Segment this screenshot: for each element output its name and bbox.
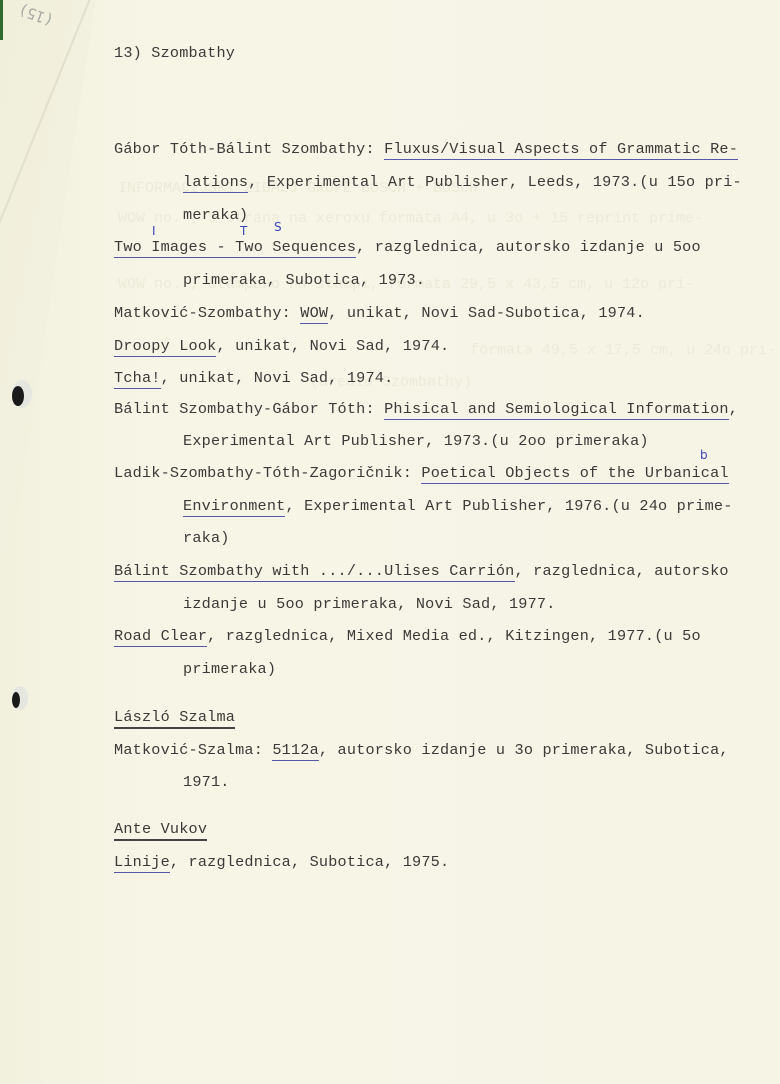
document-page: (15) INFORMACIJSKI ZIDALJ GRUPE BOSCH + … xyxy=(0,0,780,1084)
authors: Matković-Szombathy: xyxy=(114,304,300,322)
work-title: Environment xyxy=(183,497,285,517)
paper-fold xyxy=(0,0,110,620)
publication-info: , Experimental Art Publisher, 1976.(u 24… xyxy=(285,497,732,515)
bibliography-line: Two Images - Two Sequences, razglednica,… xyxy=(114,238,701,256)
publication-info: , unikat, Novi Sad, 1974. xyxy=(216,337,449,355)
bibliography-line: Matković-Szalma: 5112a, autorsko izdanje… xyxy=(114,741,729,759)
publication-info: , razglednica, autorsko xyxy=(515,562,729,580)
author-heading: László Szalma xyxy=(114,708,235,726)
bibliography-line: Ladik-Szombathy-Tóth-Zagoričnik: Poetica… xyxy=(114,464,729,482)
bibliography-line: Droopy Look, unikat, Novi Sad, 1974. xyxy=(114,337,449,355)
bibliography-line: Matković-Szombathy: WOW, unikat, Novi Sa… xyxy=(114,304,645,322)
handwritten-correction: I xyxy=(152,224,156,238)
bibliography-line: lations, Experimental Art Publisher, Lee… xyxy=(183,173,742,191)
bibliography-line: izdanje u 5oo primeraka, Novi Sad, 1977. xyxy=(183,595,556,613)
handwritten-correction: T xyxy=(240,224,247,238)
bibliography-line: Environment, Experimental Art Publisher,… xyxy=(183,497,733,515)
handwritten-correction: b xyxy=(700,448,708,462)
bibliography-line: meraka) xyxy=(183,206,248,224)
bibliography-line: Road Clear, razglednica, Mixed Media ed.… xyxy=(114,627,701,645)
handwritten-correction: S xyxy=(274,220,282,234)
punctuation: , xyxy=(729,400,738,418)
bibliography-line: primeraka, Subotica, 1973. xyxy=(183,271,425,289)
work-title: Linije xyxy=(114,853,170,873)
work-title: Bálint Szombathy with .../...Ulises Carr… xyxy=(114,562,515,582)
authors: Ladik-Szombathy-Tóth-Zagoričnik: xyxy=(114,464,421,482)
bibliography-line: primeraka) xyxy=(183,660,276,678)
bibliography-line: Linije, razglednica, Subotica, 1975. xyxy=(114,853,449,871)
bibliography-line: Bálint Szombathy with .../...Ulises Carr… xyxy=(114,562,729,580)
edge-strip xyxy=(0,0,3,40)
work-title: lations xyxy=(183,173,248,193)
bibliography-line: 1971. xyxy=(183,773,230,791)
work-title: Road Clear xyxy=(114,627,207,647)
work-title: Two Images - Two Sequences xyxy=(114,238,356,258)
punch-hole-icon xyxy=(12,386,24,406)
bleed-through-text: formata 49,5 x 17,5 cm, u 24o pri- xyxy=(470,342,776,359)
publication-info: , unikat, Novi Sad, 1974. xyxy=(161,369,394,387)
bibliography-line: raka) xyxy=(183,529,230,547)
work-title: 5112a xyxy=(272,741,319,761)
work-title: Phisical and Semiological Information xyxy=(384,400,729,420)
author-name: László Szalma xyxy=(114,708,235,729)
authors: Bálint Szombathy-Gábor Tóth: xyxy=(114,400,384,418)
bibliography-line: Experimental Art Publisher, 1973.(u 2oo … xyxy=(183,432,649,450)
author-name: Ante Vukov xyxy=(114,820,207,841)
authors: Gábor Tóth-Bálint Szombathy: xyxy=(114,140,384,158)
publication-info: , unikat, Novi Sad-Subotica, 1974. xyxy=(328,304,645,322)
work-title: WOW xyxy=(300,304,328,324)
publication-info: , Experimental Art Publisher, Leeds, 197… xyxy=(248,173,742,191)
work-title: Fluxus/Visual Aspects of Grammatic Re- xyxy=(384,140,738,160)
bibliography-line: Bálint Szombathy-Gábor Tóth: Phisical an… xyxy=(114,400,738,418)
author-heading: Ante Vukov xyxy=(114,820,207,838)
work-title: Tcha! xyxy=(114,369,161,389)
publication-info: , razglednica, autorsko izdanje u 5oo xyxy=(356,238,701,256)
work-title: Poetical Objects of the Urbanical xyxy=(421,464,728,484)
bibliography-line: Gábor Tóth-Bálint Szombathy: Fluxus/Visu… xyxy=(114,140,738,158)
section-heading: 13) Szombathy xyxy=(114,44,235,62)
publication-info: , razglednica, Subotica, 1975. xyxy=(170,853,449,871)
publication-info: , razglednica, Mixed Media ed., Kitzinge… xyxy=(207,627,701,645)
publication-info: , autorsko izdanje u 3o primeraka, Subot… xyxy=(319,741,729,759)
bibliography-line: Tcha!, unikat, Novi Sad, 1974. xyxy=(114,369,393,387)
punch-hole-icon xyxy=(12,692,20,708)
work-title: Droopy Look xyxy=(114,337,216,357)
authors: Matković-Szalma: xyxy=(114,741,272,759)
